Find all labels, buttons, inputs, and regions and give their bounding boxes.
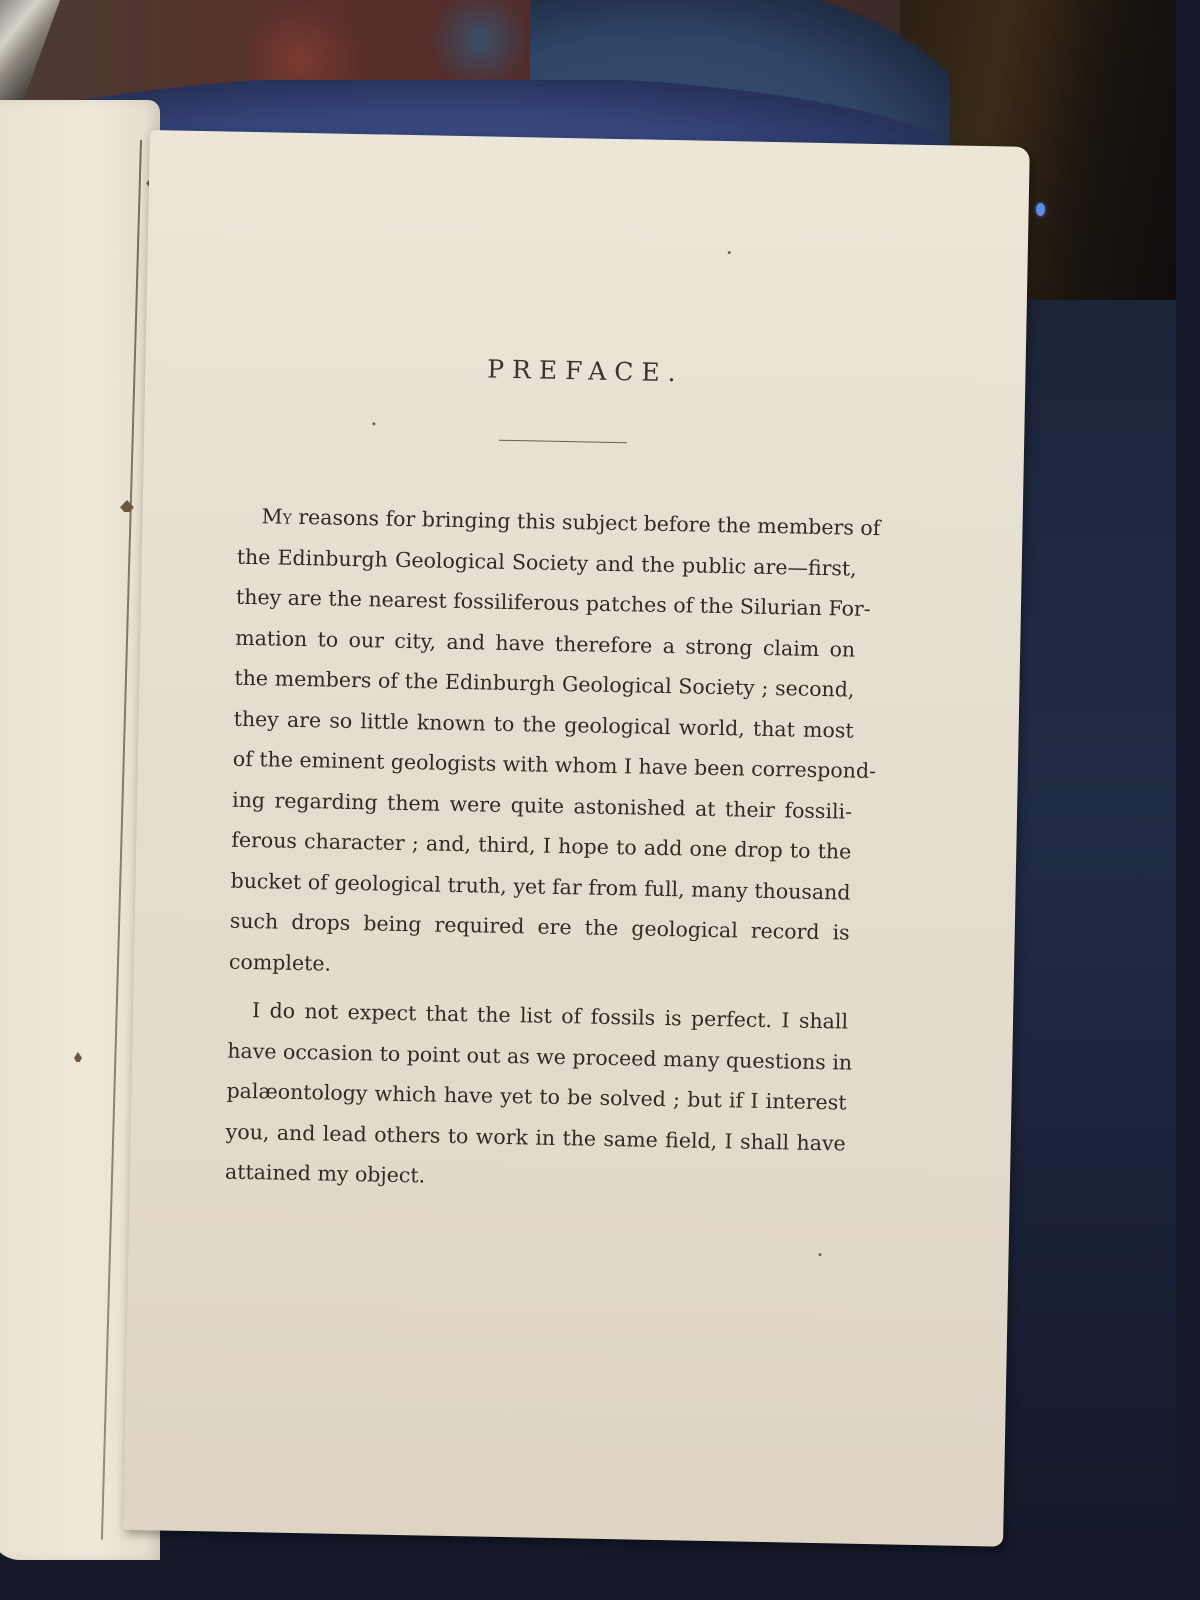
paper-speck: [819, 1253, 822, 1256]
blue-light-glint: [1036, 203, 1045, 216]
page-title: PREFACE.: [145, 348, 1025, 394]
document-page: PREFACE. My reasons for bringing this su…: [123, 130, 1030, 1547]
paper-speck: [728, 251, 731, 254]
paper-speck: [372, 422, 375, 425]
paragraph-1: My reasons for bringing this subject bef…: [229, 496, 858, 994]
paragraph-2: I do not expect that the list of fossils…: [225, 990, 849, 1204]
title-divider: [499, 440, 627, 443]
drop-lead-word: My: [261, 504, 292, 529]
preface-body: My reasons for bringing this subject bef…: [224, 496, 857, 1212]
